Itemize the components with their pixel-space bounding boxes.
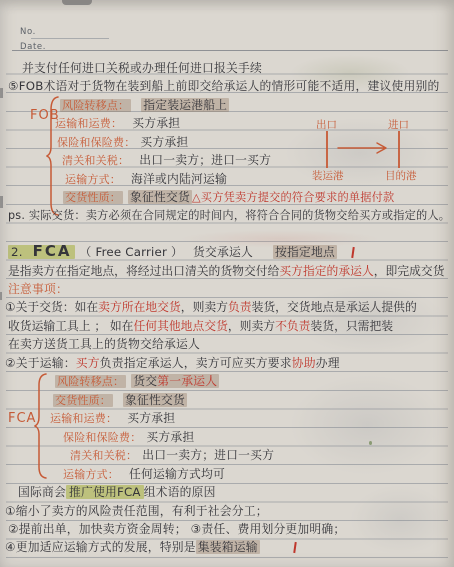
diagram-import-line (398, 131, 400, 168)
fca-point-1: ①关于交货：如在卖方所在地交货，则卖方负责装货，交货地点是承运人提供的 (5, 300, 417, 314)
fob-row-risk: 风险转移点：指定装运港船上 (60, 98, 229, 113)
point-text: 装货，只需把装 (310, 319, 393, 333)
fob-row-customs: 清关和关税：出口一卖方；进口一买方 (62, 153, 271, 168)
bleed-through-smudge (290, 375, 445, 475)
photo-edge-mark (0, 292, 2, 300)
fob-insurance-value: 买方承担 (140, 135, 188, 149)
reason-3-highlight: 集装箱运输 (196, 540, 260, 554)
ps-note: ps. 实际交货：卖方必须在合同规定的时间内，将符合合同的货物交给买方或指定的人… (8, 209, 450, 223)
fca-row-insurance: 保险和保险费：买方承担 (63, 430, 194, 445)
fca-row-delivery: 交货性质：象征性交货 (53, 393, 187, 408)
point-red-text: 协助 (292, 356, 316, 370)
photo-edge-mark (62, 0, 92, 5)
point-text: 关于交货：如在 (16, 300, 99, 314)
point-red-text: 任何其他地点交货 (133, 319, 227, 333)
diagram-export-line (326, 131, 328, 168)
reasons-title-highlight: 推广使用FCA (66, 485, 144, 499)
point-text: 关于运输： (16, 356, 76, 370)
green-speck (369, 441, 372, 445)
fca-customs-value: 出口一卖方；进口一买方 (142, 448, 274, 462)
fca-term-title: FCA (33, 242, 72, 260)
reason-3-pre: ④更加适应运输方式的发展，特别是 (5, 540, 196, 554)
diagram-import-label: 进口 (388, 117, 409, 132)
fob-transport-value: 海洋或内陆河运输 (131, 172, 227, 186)
point-text: 收货运输工具上 ； 如在 (8, 319, 133, 333)
fca-customs-label: 清关和关税： (70, 449, 137, 462)
fca-risk-value-red: 第一承运人 (157, 374, 217, 388)
fca-brace (34, 372, 48, 480)
fca-definition-pre: 是指卖方在指定地点，将经过出口清关的货物交付给 (8, 264, 279, 278)
fob-delivery-note: △买方凭卖方提交的符合要求的单据付款 (192, 191, 394, 204)
fca-delivery-value: 象征性交货 (123, 393, 187, 407)
fca-insurance-label: 保险和保险费： (63, 431, 141, 444)
reason-3: ④更加适应运输方式的发展，特别是集装箱运输 (5, 540, 260, 554)
point-text: 负责指定承运人，卖方可应买方要求 (100, 356, 292, 370)
fca-insurance-value: 买方承担 (146, 430, 194, 444)
point-red-text: 买方 (76, 356, 100, 370)
reason-1: ①缩小了卖方的风险责任范围，有利于社会分工； (5, 504, 268, 518)
diagram-from-port: 装运港 (312, 168, 344, 183)
point-text: 装货，交货地点是承运人提供的 (252, 300, 417, 314)
fob-freight-label: 运输和运费： (55, 117, 122, 130)
fca-row-customs: 清关和关税：出口一卖方；进口一买方 (70, 448, 274, 463)
point-text: ，则卖方 (181, 300, 228, 314)
fob-row-freight: 运输和运费：买方承担 (55, 116, 180, 131)
fob-customs-label: 清关和关税： (62, 154, 129, 167)
fca-point-2: ②关于运输：买方负责指定承运人，卖方可应买方要求协助办理 (5, 356, 340, 370)
fca-delivery-label: 交货性质： (53, 394, 113, 407)
fca-row-risk: 风险转移点：货交第一承运人 (55, 374, 219, 389)
note-line-2-number: ⑤ (8, 79, 19, 93)
fca-freight-label: 运输和运费： (50, 412, 117, 425)
fca-transport-label: 运输方式： (63, 468, 119, 481)
diagram-arrow-icon (336, 140, 392, 154)
point-text: 办理 (316, 356, 340, 370)
fca-definition: 是指卖方在指定地点，将经过出口清关的货物交付给买方指定的承运人，即完成交货 (8, 264, 445, 278)
fca-risk-value: 货交 (133, 374, 157, 388)
fca-point-1-cont: 收货运输工具上 ； 如在任何其他地点交货，则卖方不负责装货，只需把装 (8, 319, 393, 333)
fca-term-label: FCA (8, 412, 36, 426)
point-number: ② (5, 356, 16, 370)
fca-term-name: 货交承运人 (193, 245, 253, 259)
point-red-text: 不负责 (275, 319, 310, 333)
reasons-title-post: 组术语的原因 (144, 485, 216, 499)
photo-edge-mark (0, 196, 3, 208)
point-red-text: 负责 (228, 300, 252, 314)
reasons-title-pre: 国际商会 (18, 485, 66, 499)
red-tick-mark (351, 247, 355, 258)
fca-risk-label: 风险转移点： (55, 375, 126, 388)
fca-row-transport: 运输方式：任何运输方式均可 (63, 467, 225, 482)
notebook-page: No. Date. 并支付任何进口关税或办理任何进口报关手续 ⑤FOB术语对于货… (0, 0, 454, 567)
fca-notice-label: 注意事项： (8, 282, 68, 296)
no-underline (31, 38, 109, 39)
fca-definition-red: 买方指定的承运人 (279, 264, 373, 278)
diagram-to-port: 目的港 (385, 168, 417, 183)
fob-row-transport: 运输方式：海洋或内陆河运输 (65, 172, 227, 187)
point-number: ① (5, 300, 16, 314)
fca-term-tag: 按指定地点 (273, 245, 337, 259)
note-line-1: 并支付任何进口关税或办理任何进口报关手续 (22, 61, 262, 75)
fca-definition-post: ，即完成交货 (374, 264, 445, 278)
photo-edge-mark (0, 88, 3, 98)
fca-section-number: 2. (11, 245, 23, 259)
fob-delivery-label: 交货性质： (63, 191, 123, 204)
fob-risk-value: 指定装运港船上 (141, 98, 229, 112)
fca-heading: 2.FCA（ Free Carrier ）货交承运人按指定地点 (8, 244, 337, 259)
point-text: ，则卖方 (228, 319, 275, 333)
fob-freight-value: 买方承担 (132, 116, 180, 130)
fca-row-freight: 运输和运费：买方承担 (50, 411, 175, 426)
fob-transport-label: 运输方式： (65, 173, 121, 186)
fob-delivery-value: 象征性交货 (128, 190, 192, 204)
diagram-export-label: 出口 (316, 117, 337, 132)
bleed-through-smudge (350, 485, 450, 555)
fob-row-insurance: 保险和保险费：买方承担 (57, 135, 188, 150)
reason-2: ②提前出单，加快卖方资金周转； ③责任、费用划分更加明确； (8, 522, 345, 536)
note-line-2: FOB术语对于货物在装到船上前即交给承运人的情形可能不适用，建议使用别的 (19, 79, 440, 93)
fca-freight-value: 买方承担 (127, 411, 175, 425)
point-red-text: 卖方所在地交货 (98, 300, 181, 314)
fca-transport-value: 任何运输方式均可 (129, 467, 225, 481)
fob-risk-label: 风险转移点： (60, 99, 131, 112)
red-tick-mark (293, 542, 297, 553)
reasons-title: 国际商会推广使用FCA组术语的原因 (18, 485, 216, 499)
fob-customs-value: 出口一卖方；进口一买方 (139, 153, 271, 167)
fca-point-1-end: 在卖方送货工具上的货物交给承运人 (8, 337, 200, 351)
fob-row-delivery: 交货性质：象征性交货△买方凭卖方提交的符合要求的单据付款 (63, 190, 394, 205)
fca-term-full: （ Free Carrier ） (80, 245, 183, 259)
date-underline (12, 50, 448, 51)
no-label: No. (20, 27, 36, 37)
fob-insurance-label: 保险和保险费： (57, 136, 135, 149)
